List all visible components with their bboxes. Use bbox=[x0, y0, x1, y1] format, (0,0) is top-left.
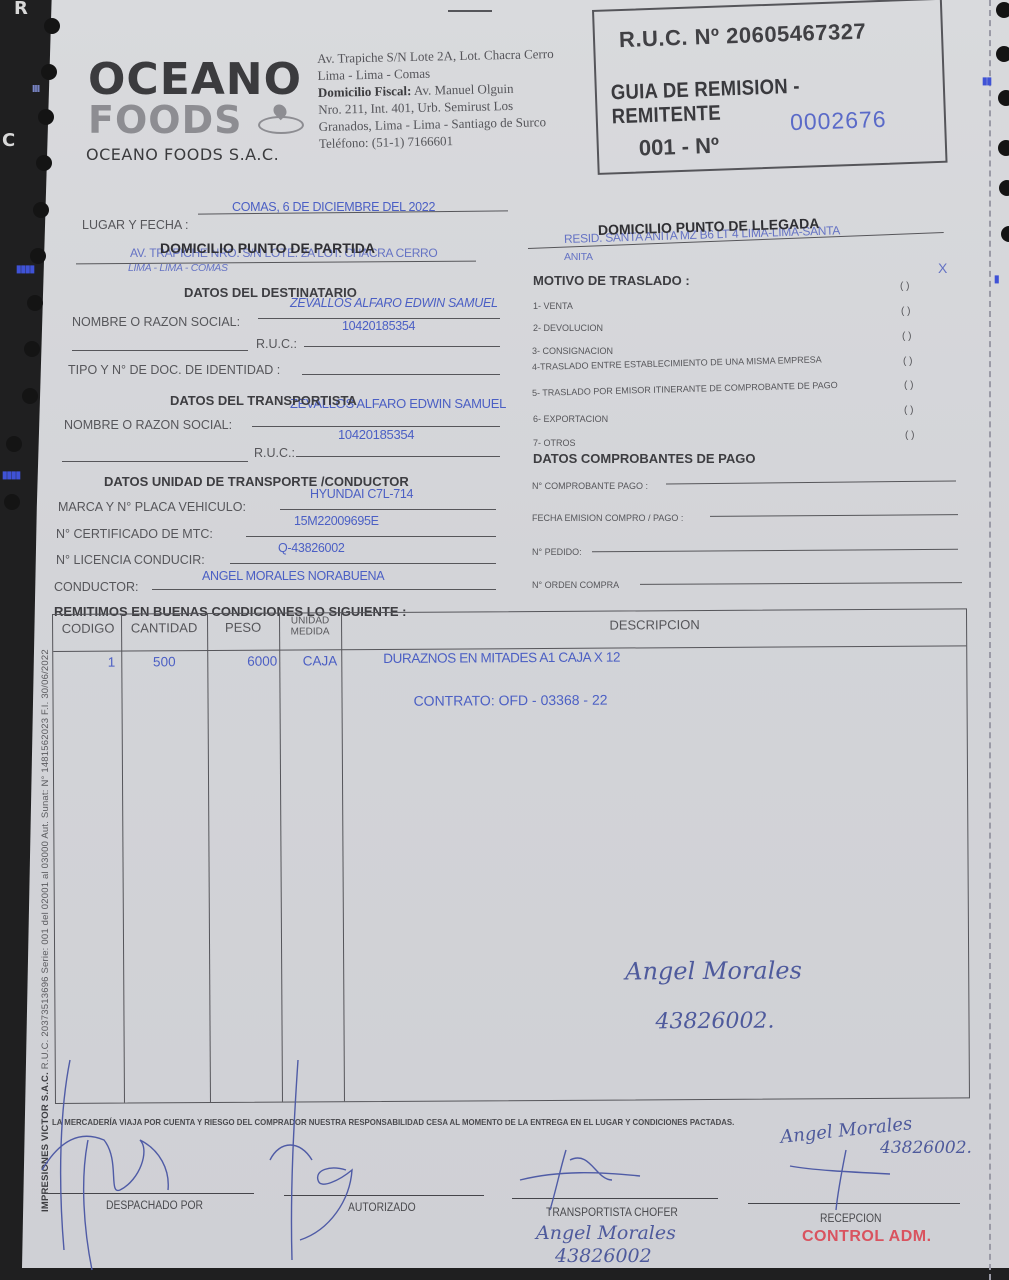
signature-scribbles bbox=[0, 0, 1009, 1280]
